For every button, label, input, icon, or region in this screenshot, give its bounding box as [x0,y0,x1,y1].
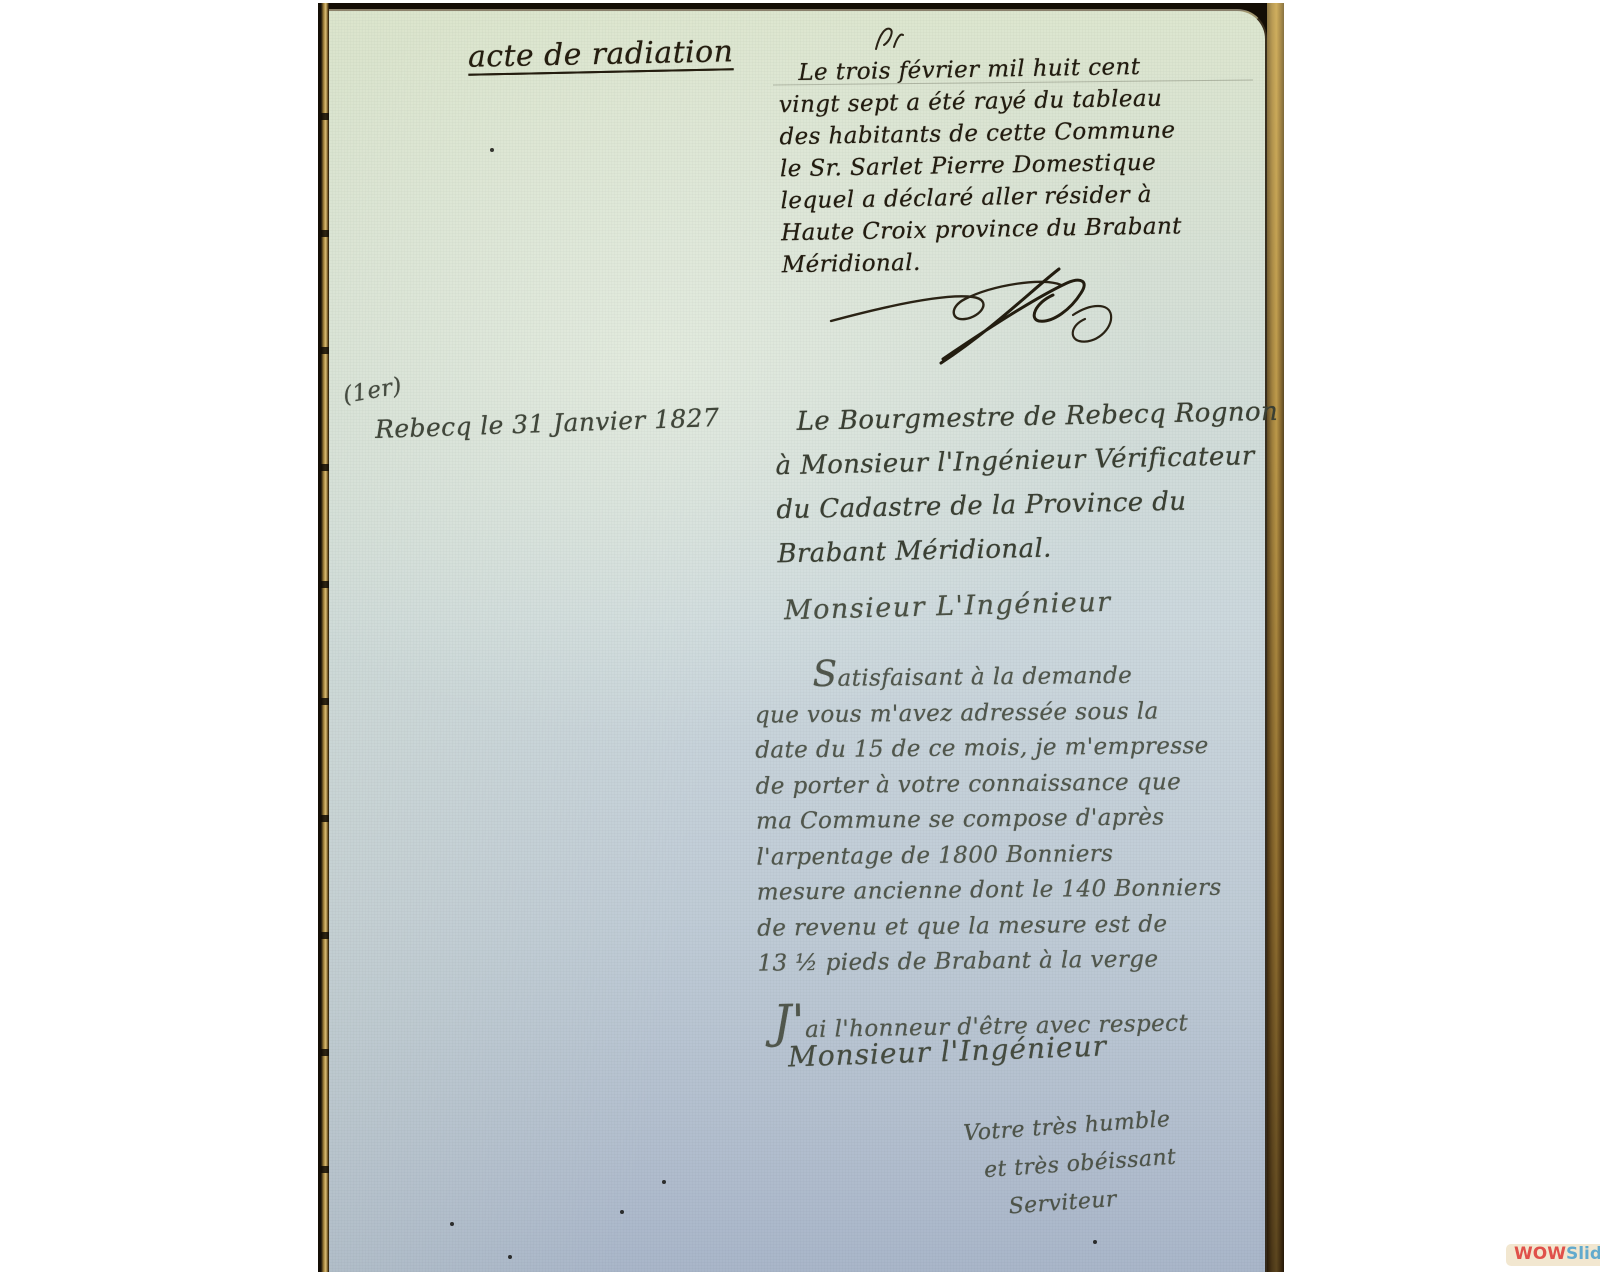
ink-speck [450,1222,454,1226]
ink-speck [490,148,494,152]
manuscript-line: de revenu et que la mesure est de [757,906,1267,947]
manuscript-line: ma Commune se compose d'après [756,799,1266,840]
manuscript-line: que vous m'avez adressée sous la [755,693,1265,734]
letter-body: Satisfaisant à la demande que vous m'ave… [754,652,1267,982]
gallery-slide: acte de radiation Le trois février mil h… [0,0,1600,1280]
manuscript-line: 13 ½ pieds de Brabant à la verge [757,941,1267,982]
ink-speck [508,1255,512,1259]
manuscript-line: de porter à votre connaissance que [755,764,1265,805]
document-photo: acte de radiation Le trois février mil h… [318,3,1284,1272]
address-block: Le Bourgmestre de Rebecq Rognon à Monsie… [774,390,1283,577]
ink-speck [662,1180,666,1184]
ink-speck [1093,1240,1097,1244]
page-title: acte de radiation [468,34,734,75]
watermark-slider-label: Slider [1566,1244,1600,1264]
book-binding-edge [321,3,329,1272]
closing-block: Votre très humble et très obéissant Serv… [962,1101,1180,1229]
registry-note: Le trois février mil huit cent vingt sep… [778,49,1272,282]
wowslider-watermark[interactable]: WOWSlider [1506,1244,1600,1266]
manuscript-line: date du 15 de ce mois, je m'empresse [755,728,1265,769]
manuscript-line: Satisfaisant à la demande [754,652,1264,698]
manuscript-line: mesure ancienne dont le 140 Bonniers [757,870,1267,911]
manuscript-line: l'arpentage de 1800 Bonniers [756,835,1266,876]
watermark-wow-label: WOW [1514,1244,1566,1264]
ink-speck [620,1210,624,1214]
